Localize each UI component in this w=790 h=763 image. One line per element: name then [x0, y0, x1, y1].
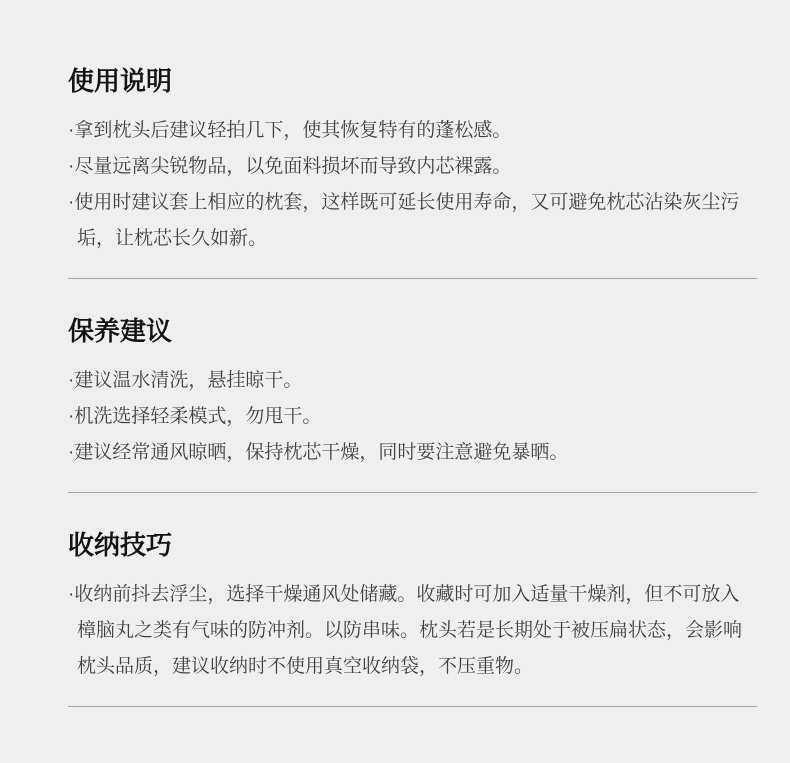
section-title: 收纳技巧	[68, 530, 757, 560]
bullet-item: ·建议温水清洗，悬挂晾干。	[68, 363, 757, 399]
bullet-item: ·尽量远离尖锐物品，以免面料损坏而导致内芯裸露。	[68, 149, 757, 185]
product-description-page: 使用说明 ·拿到枕头后建议轻拍几下，使其恢复特有的蓬松感。 ·尽量远离尖锐物品，…	[0, 0, 790, 763]
section-divider	[68, 278, 757, 279]
bullet-list: ·建议温水清洗，悬挂晾干。 ·机洗选择轻柔模式，勿甩干。 ·建议经常通风晾晒，保…	[68, 363, 757, 471]
section-title: 使用说明	[68, 66, 757, 96]
bullet-item: ·使用时建议套上相应的枕套，这样既可延长使用寿命，又可避免枕芯沾染灰尘污垢，让枕…	[68, 185, 757, 257]
section-usage-instructions: 使用说明 ·拿到枕头后建议轻拍几下，使其恢复特有的蓬松感。 ·尽量远离尖锐物品，…	[68, 66, 757, 257]
bullet-item: ·机洗选择轻柔模式，勿甩干。	[68, 399, 757, 435]
section-storage-tips: 收纳技巧 ·收纳前抖去浮尘，选择干燥通风处储藏。收藏时可加入适量干燥剂，但不可放…	[68, 530, 757, 685]
bullet-item: ·收纳前抖去浮尘，选择干燥通风处储藏。收藏时可加入适量干燥剂，但不可放入樟脑丸之…	[68, 577, 757, 685]
bullet-list: ·收纳前抖去浮尘，选择干燥通风处储藏。收藏时可加入适量干燥剂，但不可放入樟脑丸之…	[68, 577, 757, 685]
section-divider	[68, 706, 757, 707]
section-divider	[68, 492, 757, 493]
bullet-item: ·拿到枕头后建议轻拍几下，使其恢复特有的蓬松感。	[68, 113, 757, 149]
bullet-list: ·拿到枕头后建议轻拍几下，使其恢复特有的蓬松感。 ·尽量远离尖锐物品，以免面料损…	[68, 113, 757, 257]
section-care-suggestions: 保养建议 ·建议温水清洗，悬挂晾干。 ·机洗选择轻柔模式，勿甩干。 ·建议经常通…	[68, 316, 757, 471]
bullet-item: ·建议经常通风晾晒，保持枕芯干燥，同时要注意避免暴晒。	[68, 435, 757, 471]
section-title: 保养建议	[68, 316, 757, 346]
